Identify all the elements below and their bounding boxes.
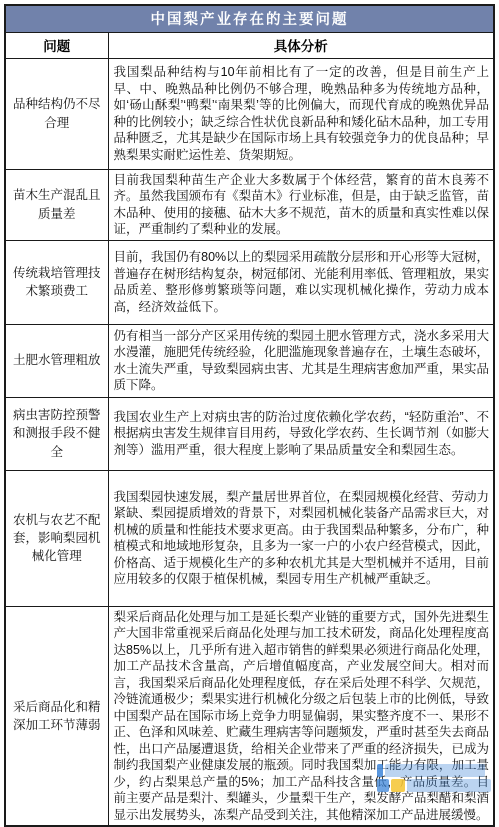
problems-table: 中国梨产业存在的主要问题 问题 具体分析 品种结构仍不尽合理 我国梨品种结构与1… — [4, 4, 495, 827]
table-row: 苗木生产混乱且质量差 目前我国梨种苗生产企业大多数属于个体经营，繁育的苗木良莠不… — [5, 169, 494, 240]
problem-label: 采后商品化和精深加工环节薄弱 — [5, 606, 108, 826]
problem-label: 品种结构仍不尽合理 — [5, 58, 108, 169]
table-row: 传统栽培管理技术繁琐费工 目前，我国仍有80%以上的梨园采用疏散分层形和开心形等… — [5, 240, 494, 324]
analysis-text: 梨采后商品化处理与加工是延长梨产业链的重要方式，国外先进梨生产大国非常重视采后商… — [108, 606, 494, 826]
problem-label: 土肥水管理粗放 — [5, 324, 108, 397]
report-page: 中国梨产业存在的主要问题 问题 具体分析 品种结构仍不尽合理 我国梨品种结构与1… — [0, 0, 499, 798]
table-row: 农机与农艺不配套，影响梨园机械化管理 我国梨园快速发展，梨产量居世界首位，在梨园… — [5, 470, 494, 606]
analysis-text: 我国梨品种结构与10年前相比有了一定的改善，但是目前生产上早、中、晚熟品种比例仍… — [108, 58, 494, 169]
column-header-problem: 问题 — [5, 32, 108, 58]
problem-label: 传统栽培管理技术繁琐费工 — [5, 240, 108, 324]
table-row: 土肥水管理粗放 仍有相当一部分产区采用传统的梨园土肥水管理方式，浇水多采用大水漫… — [5, 324, 494, 397]
header-row: 问题 具体分析 — [5, 32, 494, 58]
table-row: 病虫害防控预警和测报手段不健全 我国农业生产上对病虫害的防治过度依赖化学农药，“… — [5, 397, 494, 470]
table-row: 采后商品化和精深加工环节薄弱 梨采后商品化处理与加工是延长梨产业链的重要方式，国… — [5, 606, 494, 826]
page-title: 中国梨产业存在的主要问题 — [5, 5, 494, 32]
title-row: 中国梨产业存在的主要问题 — [5, 5, 494, 32]
analysis-text: 仍有相当一部分产区采用传统的梨园土肥水管理方式，浇水多采用大水漫灌，施肥凭传统经… — [108, 324, 494, 397]
problem-label: 农机与农艺不配套，影响梨园机械化管理 — [5, 470, 108, 606]
column-header-analysis: 具体分析 — [108, 32, 494, 58]
analysis-text: 我国梨园快速发展，梨产量居世界首位，在梨园规模化经营、劳动力紧缺、梨园提质增效的… — [108, 470, 494, 606]
analysis-text: 目前，我国仍有80%以上的梨园采用疏散分层形和开心形等大冠树，普遍存在树形结构复… — [108, 240, 494, 324]
analysis-text: 我国农业生产上对病虫害的防治过度依赖化学农药，“轻防重治”、不根据病虫害发生规律… — [108, 397, 494, 470]
table-row: 品种结构仍不尽合理 我国梨品种结构与10年前相比有了一定的改善，但是目前生产上早… — [5, 58, 494, 169]
problem-label: 苗木生产混乱且质量差 — [5, 169, 108, 240]
problem-label: 病虫害防控预警和测报手段不健全 — [5, 397, 108, 470]
analysis-text: 目前我国梨种苗生产企业大多数属于个体经营，繁育的苗木良莠不齐。虽然我国颁布有《梨… — [108, 169, 494, 240]
